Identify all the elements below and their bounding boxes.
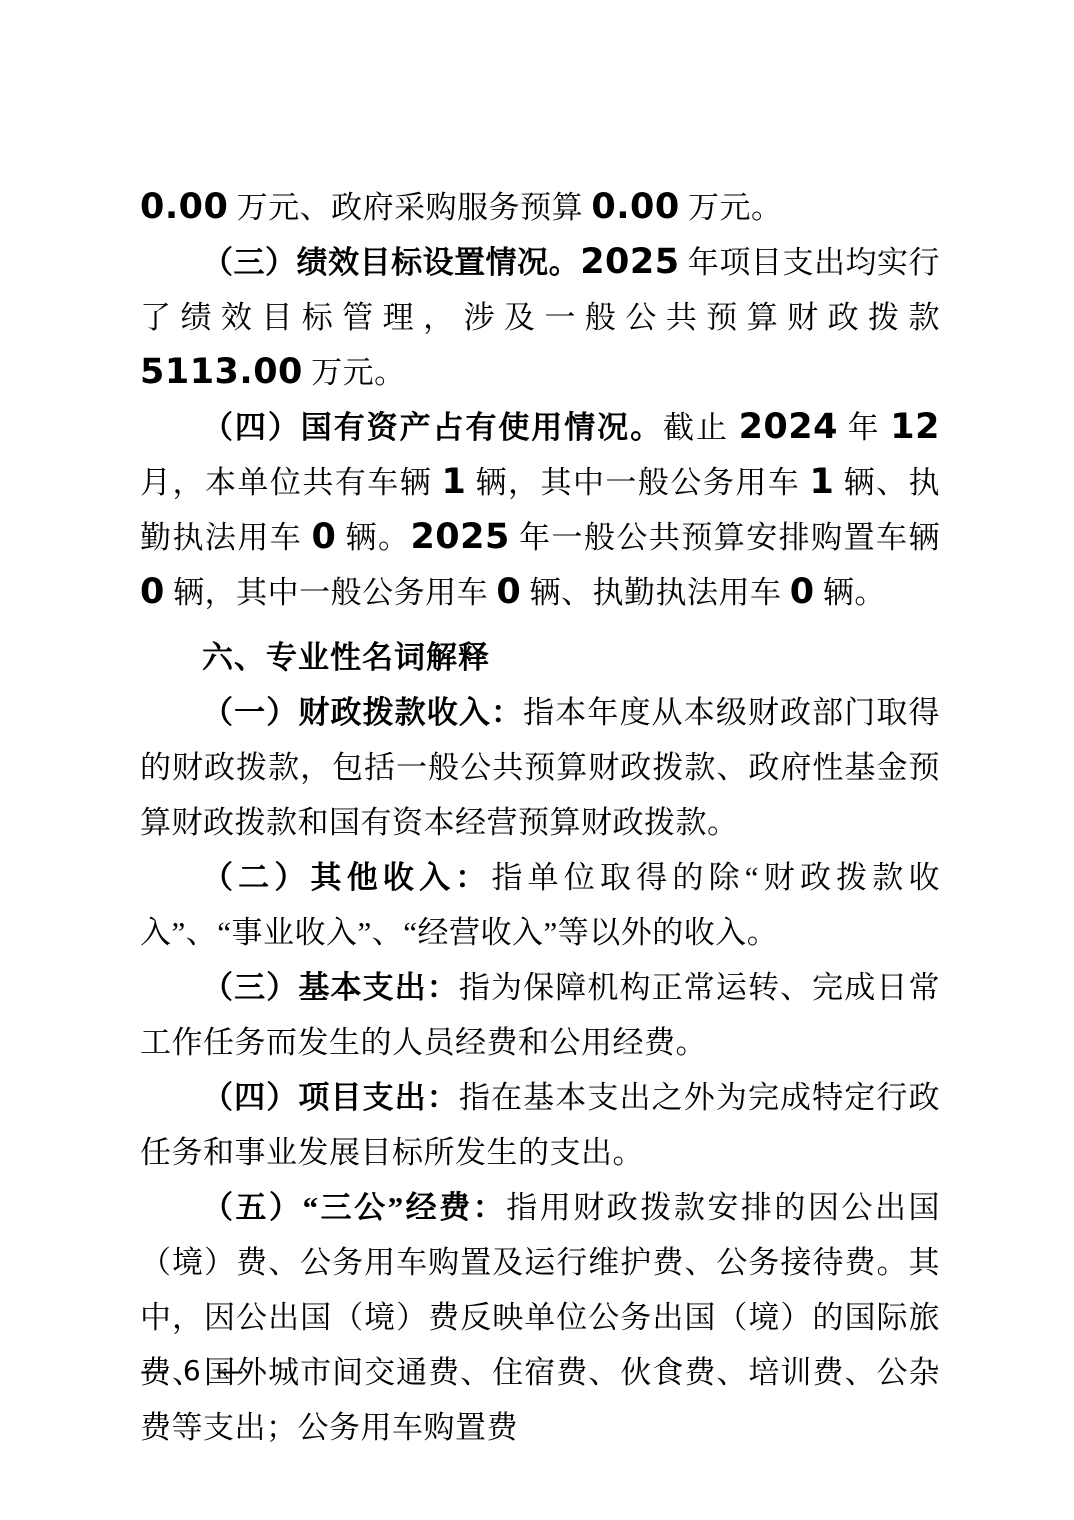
page-footer: — 6 —: [140, 1354, 247, 1387]
text-segment: 辆。: [815, 575, 886, 610]
paragraph: （三）绩效目标设置情况。2025 年项目支出均实行了绩效目标管理，涉及一般公共预…: [140, 235, 940, 400]
text-segment: 2025: [410, 517, 509, 557]
text-segment: 2025: [580, 242, 679, 282]
section-heading: 六、专业性名词解释: [140, 630, 940, 685]
text-segment: （四）项目支出：: [202, 1080, 459, 1115]
text-segment: 0.00: [591, 187, 679, 227]
page: 0.00 万元、政府采购服务预算 0.00 万元。（三）绩效目标设置情况。202…: [0, 0, 1074, 1520]
text-segment: 万元。: [303, 355, 406, 390]
text-segment: （一）财政拨款收入：: [202, 695, 523, 730]
text-segment: 年: [838, 410, 890, 445]
text-segment: 月，本单位共有车辆: [140, 465, 441, 500]
text-segment: 年一般公共预算安排购置车辆: [510, 520, 940, 555]
text-segment: 辆、执勤执法用车: [521, 575, 790, 610]
text-segment: 0.00: [140, 187, 228, 227]
paragraph: （四）国有资产占有使用情况。截止 2024 年 12 月，本单位共有车辆 1 辆…: [140, 400, 940, 620]
text-segment: 1: [441, 462, 466, 502]
text-segment: 0: [496, 572, 521, 612]
document-body: 0.00 万元、政府采购服务预算 0.00 万元。（三）绩效目标设置情况。202…: [140, 180, 940, 1455]
paragraph: （三）基本支出：指为保障机构正常运转、完成日常工作任务而发生的人员经费和公用经费…: [140, 960, 940, 1070]
text-segment: 辆。: [336, 520, 410, 555]
paragraph: 0.00 万元、政府采购服务预算 0.00 万元。: [140, 180, 940, 235]
paragraph: （一）财政拨款收入：指本年度从本级财政部门取得的财政拨款，包括一般公共预算财政拨…: [140, 685, 940, 850]
text-segment: 2024: [739, 407, 838, 447]
text-segment: 0: [311, 517, 336, 557]
text-segment: 辆，其中一般公务用车: [466, 465, 809, 500]
text-segment: 万元、政府采购服务预算: [228, 190, 591, 225]
text-segment: 1: [809, 462, 834, 502]
text-segment: 指用财政拨款安排的因公出国（境）费、公务用车购置及运行维护费、公务接待费。其中，…: [140, 1190, 940, 1445]
text-segment: 5113.00: [140, 352, 303, 392]
text-segment: （二）其他收入：: [202, 860, 492, 895]
paragraph: （二）其他收入：指单位取得的除“财政拨款收入”、“事业收入”、“经营收入”等以外…: [140, 850, 940, 960]
paragraph: （四）项目支出：指在基本支出之外为完成特定行政任务和事业发展目标所发生的支出。: [140, 1070, 940, 1180]
text-segment: （五）“三公”经费：: [202, 1190, 506, 1225]
page-number: — 6 —: [140, 1354, 247, 1387]
text-segment: 12: [890, 407, 940, 447]
text-segment: 辆，其中一般公务用车: [165, 575, 497, 610]
text-segment: 六、专业性名词解释: [202, 640, 490, 675]
text-segment: 0: [140, 572, 165, 612]
text-segment: （三）绩效目标设置情况。: [202, 245, 580, 280]
paragraph: （五）“三公”经费：指用财政拨款安排的因公出国（境）费、公务用车购置及运行维护费…: [140, 1180, 940, 1455]
text-segment: （四）国有资产占有使用情况。: [202, 410, 663, 445]
text-segment: （三）基本支出：: [202, 970, 459, 1005]
text-segment: 0: [790, 572, 815, 612]
text-segment: 截止: [663, 410, 739, 445]
text-segment: 万元。: [680, 190, 783, 225]
